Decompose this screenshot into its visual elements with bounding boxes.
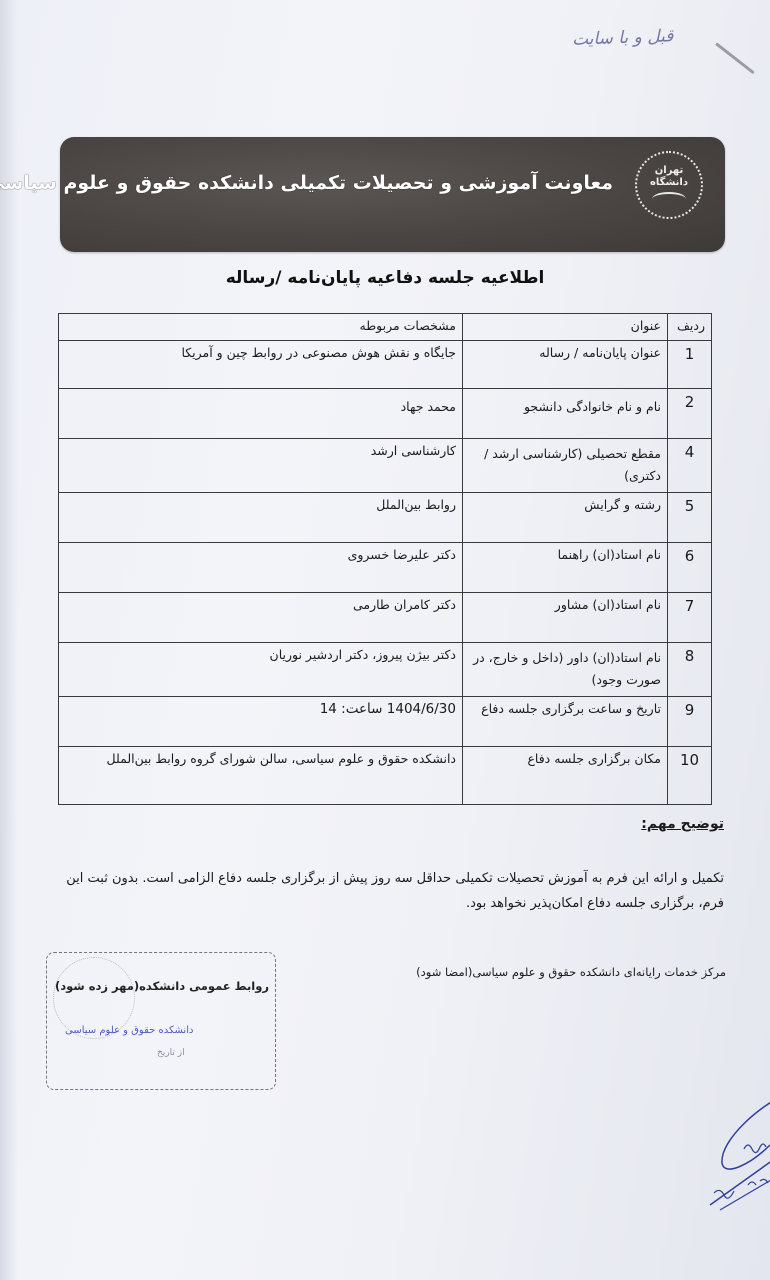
- row-label: مقطع تحصیلی (کارشناسی ارشد / دکتری): [463, 439, 668, 493]
- table-row: 4 مقطع تحصیلی (کارشناسی ارشد / دکتری) کا…: [59, 439, 712, 493]
- row-label: نام و نام خانوادگی دانشجو: [463, 389, 668, 439]
- row-label: رشته و گرایش: [463, 493, 668, 543]
- row-label: مکان برگزاری جلسه دفاع: [463, 747, 668, 805]
- row-number: 7: [668, 593, 712, 643]
- notes-body: تکمیل و ارائه این فرم به آموزش تحصیلات ت…: [54, 866, 724, 916]
- row-number: 1: [668, 341, 712, 389]
- table-row: 7 نام استاد(ان) مشاور دکتر کامران طارمی: [59, 593, 712, 643]
- table-row: 2 نام و نام خانوادگی دانشجو محمد جهاد: [59, 389, 712, 439]
- notes-heading: توضیح مهم:: [641, 816, 724, 832]
- header-details: مشخصات مربوطه: [59, 314, 463, 341]
- row-label: نام استاد(ان) مشاور: [463, 593, 668, 643]
- row-value: دکتر علیرضا خسروی: [59, 543, 463, 593]
- logo-text-top: تهران: [655, 165, 684, 177]
- table-row: 9 تاریخ و ساعت برگزاری جلسه دفاع 1404/6/…: [59, 697, 712, 747]
- table-header-row: ردیف عنوان مشخصات مربوطه: [59, 314, 712, 341]
- public-relations-stamp-box: روابط عمومی دانشکده(مهر زده شود) دانشکده…: [46, 952, 276, 1090]
- handwritten-signature-icon: [700, 1085, 770, 1215]
- row-number: 9: [668, 697, 712, 747]
- header-title: معاونت آموزشی و تحصیلات تکمیلی دانشکده ح…: [0, 172, 613, 194]
- row-value: دکتر بیژن پیروز، دکتر اردشیر نوریان: [59, 643, 463, 697]
- table-row: 6 نام استاد(ان) راهنما دکتر علیرضا خسروی: [59, 543, 712, 593]
- row-number: 2: [668, 389, 712, 439]
- logo-text-bottom: دانشگاه: [650, 177, 688, 189]
- row-number: 10: [668, 747, 712, 805]
- table-row: 10 مکان برگزاری جلسه دفاع دانشکده حقوق و…: [59, 747, 712, 805]
- row-value: دکتر کامران طارمی: [59, 593, 463, 643]
- table-row: 5 رشته و گرایش روابط بین‌الملل: [59, 493, 712, 543]
- row-label: عنوان پایان‌نامه / رساله: [463, 341, 668, 389]
- row-value: جایگاه و نقش هوش مصنوعی در روابط چین و آ…: [59, 341, 463, 389]
- row-value: روابط بین‌الملل: [59, 493, 463, 543]
- row-number: 8: [668, 643, 712, 697]
- row-number: 4: [668, 439, 712, 493]
- row-number: 6: [668, 543, 712, 593]
- row-value: محمد جهاد: [59, 389, 463, 439]
- defense-info-table: ردیف عنوان مشخصات مربوطه 1 عنوان پایان‌ن…: [58, 313, 712, 805]
- handwritten-note: قبل و با سایت: [572, 26, 674, 50]
- row-value: دانشکده حقوق و علوم سیاسی، سالن شورای گر…: [59, 747, 463, 805]
- public-relations-label: روابط عمومی دانشکده(مهر زده شود): [55, 979, 269, 993]
- document-page: قبل و با سایت تهران دانشگاه معاونت آموزش…: [0, 0, 770, 1280]
- row-label: نام استاد(ان) داور (داخل و خارج، در صورت…: [463, 643, 668, 697]
- table-row: 8 نام استاد(ان) داور (داخل و خارج، در صو…: [59, 643, 712, 697]
- header-title: عنوان: [463, 314, 668, 341]
- it-center-signature-label: مرکز خدمات رایانه‌ای دانشکده حقوق و علوم…: [416, 965, 726, 979]
- logo-wing-icon: [652, 192, 686, 206]
- row-value: کارشناسی ارشد: [59, 439, 463, 493]
- row-number: 5: [668, 493, 712, 543]
- table-row: 1 عنوان پایان‌نامه / رساله جایگاه و نقش …: [59, 341, 712, 389]
- row-value: 1404/6/30 ساعت: 14: [59, 697, 463, 747]
- stamp-ink-text: دانشکده حقوق و علوم سیاسی: [65, 1025, 193, 1036]
- header-row-number: ردیف: [668, 314, 712, 341]
- row-label: نام استاد(ان) راهنما: [463, 543, 668, 593]
- row-label: تاریخ و ساعت برگزاری جلسه دفاع: [463, 697, 668, 747]
- header-banner: تهران دانشگاه معاونت آموزشی و تحصیلات تک…: [60, 137, 725, 252]
- pencil-mark: [715, 42, 755, 74]
- university-logo-icon: تهران دانشگاه: [635, 151, 703, 219]
- document-title: اطلاعیه جلسه دفاعیه پایان‌نامه /رساله: [0, 268, 770, 288]
- stamp-ink-date: از تاریخ: [157, 1048, 185, 1058]
